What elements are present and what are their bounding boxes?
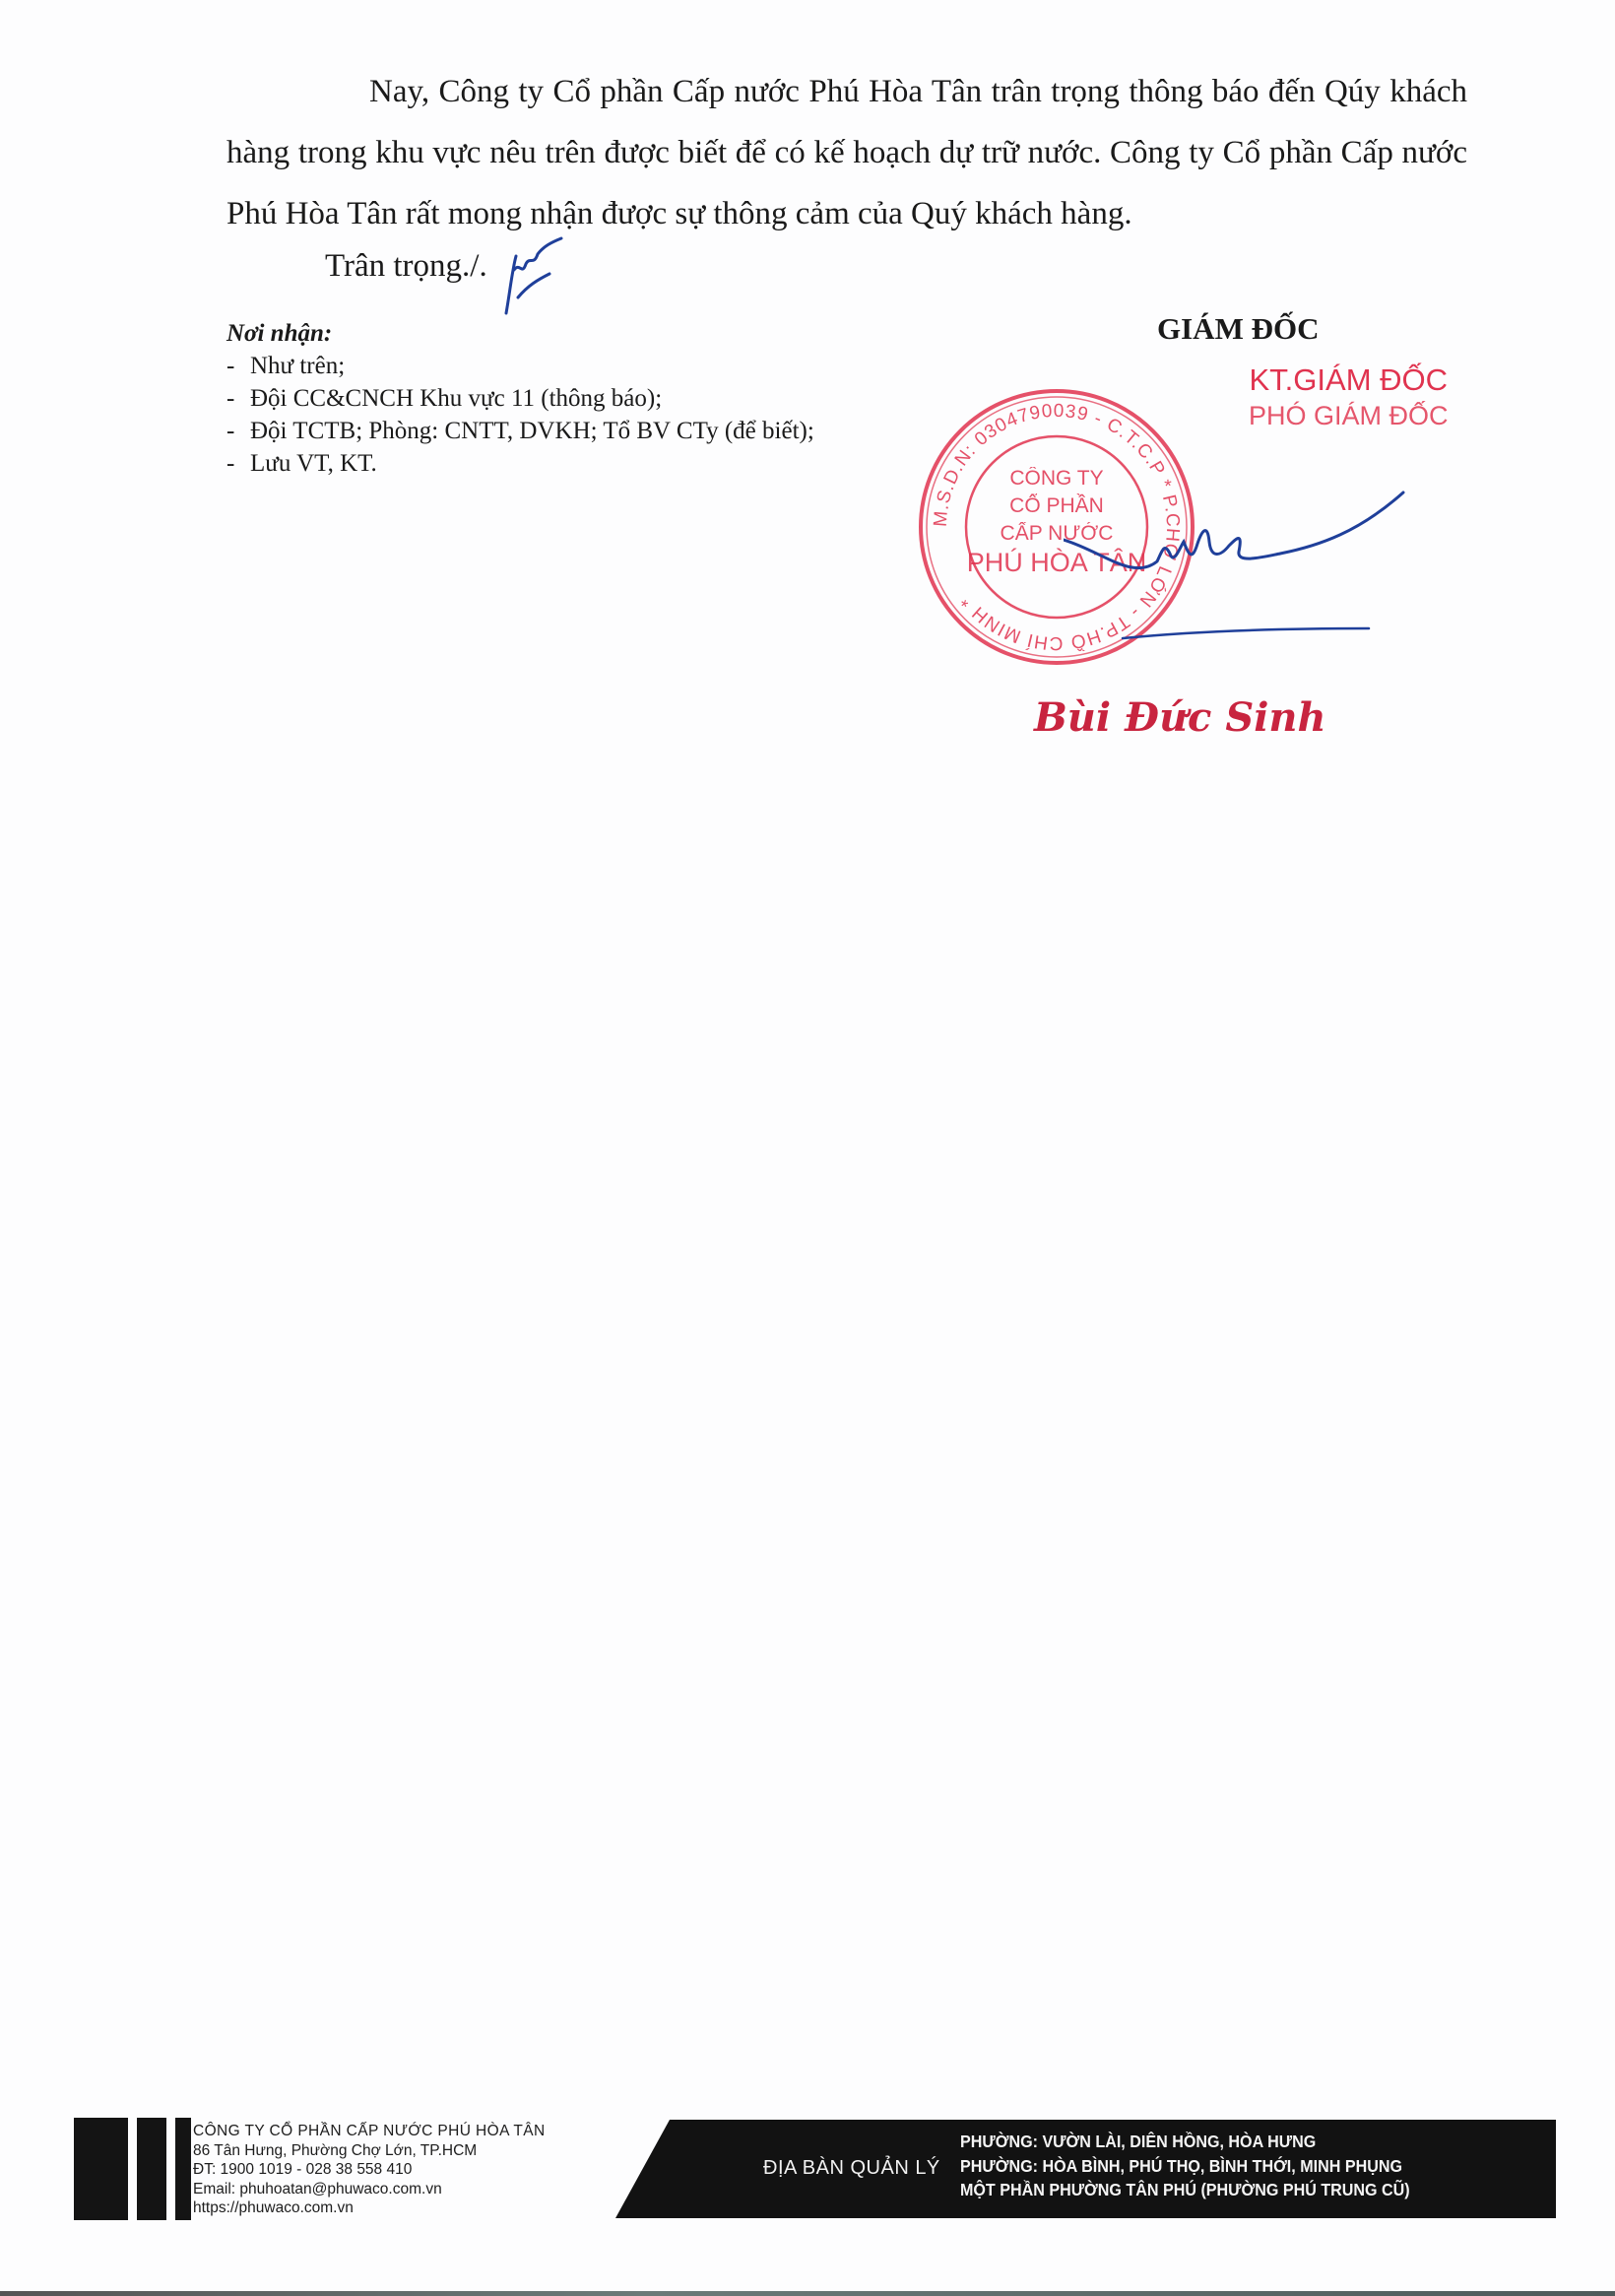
service-area-item: PHƯỜNG: HÒA BÌNH, PHÚ THỌ, BÌNH THỚI, MI…: [960, 2154, 1410, 2179]
signer-name: Bùi Đức Sinh: [1034, 694, 1326, 741]
service-area-list: PHƯỜNG: VƯỜN LÀI, DIÊN HỒNG, HÒA HƯNG PH…: [960, 2130, 1410, 2202]
signer-title: GIÁM ĐỐC: [1157, 311, 1319, 347]
letter-body: Nay, Công ty Cổ phần Cấp nước Phú Hòa Tâ…: [226, 61, 1467, 244]
recipient-item: -Đội TCTB; Phòng: CNTT, DVKH; Tổ BV CTy …: [226, 415, 814, 447]
company-contact: CÔNG TY CỔ PHẦN CẤP NƯỚC PHÚ HÒA TÂN 86 …: [193, 2122, 546, 2218]
recipient-item: -Đội CC&CNCH Khu vực 11 (thông báo);: [226, 382, 814, 415]
closing-text: Trân trọng./.: [325, 248, 487, 285]
footer-company-name: CÔNG TY CỔ PHẦN CẤP NƯỚC PHÚ HÒA TÂN: [193, 2122, 546, 2141]
deputy-stamp: KT.GIÁM ĐỐC PHÓ GIÁM ĐỐC: [1249, 362, 1449, 433]
service-area-item: PHƯỜNG: VƯỜN LÀI, DIÊN HỒNG, HÒA HƯNG: [960, 2130, 1410, 2154]
handwritten-signature-icon: [1064, 483, 1418, 650]
body-paragraph: Nay, Công ty Cổ phần Cấp nước Phú Hòa Tâ…: [226, 61, 1467, 244]
recipient-item: -Lưu VT, KT.: [226, 447, 814, 480]
deputy-stamp-line1: KT.GIÁM ĐỐC: [1249, 362, 1449, 398]
footer-phone: ĐT: 1900 1019 - 028 38 558 410: [193, 2160, 546, 2180]
footer-email[interactable]: Email: phuhoatan@phuwaco.com.vn: [193, 2180, 546, 2199]
initial-signature-icon: [492, 236, 571, 315]
deputy-stamp-line2: PHÓ GIÁM ĐỐC: [1249, 398, 1449, 433]
recipient-item: -Như trên;: [226, 350, 814, 382]
service-area-item: MỘT PHẦN PHƯỜNG TÂN PHÚ (PHƯỜNG PHÚ TRUN…: [960, 2178, 1410, 2202]
service-area-label: ĐỊA BÀN QUẢN LÝ: [763, 2157, 940, 2180]
recipients-block: Nơi nhận: -Như trên; -Đội CC&CNCH Khu vự…: [226, 317, 814, 480]
letterhead-footer: CÔNG TY CỔ PHẦN CẤP NƯỚC PHÚ HÒA TÂN 86 …: [69, 2118, 1497, 2221]
footer-website[interactable]: https://phuwaco.com.vn: [193, 2198, 546, 2218]
recipients-list: -Như trên; -Đội CC&CNCH Khu vực 11 (thôn…: [226, 350, 814, 480]
footer-address: 86 Tân Hưng, Phường Chợ Lớn, TP.HCM: [193, 2141, 546, 2161]
scan-edge: [0, 2291, 1615, 2296]
recipients-heading: Nơi nhận:: [226, 317, 814, 350]
